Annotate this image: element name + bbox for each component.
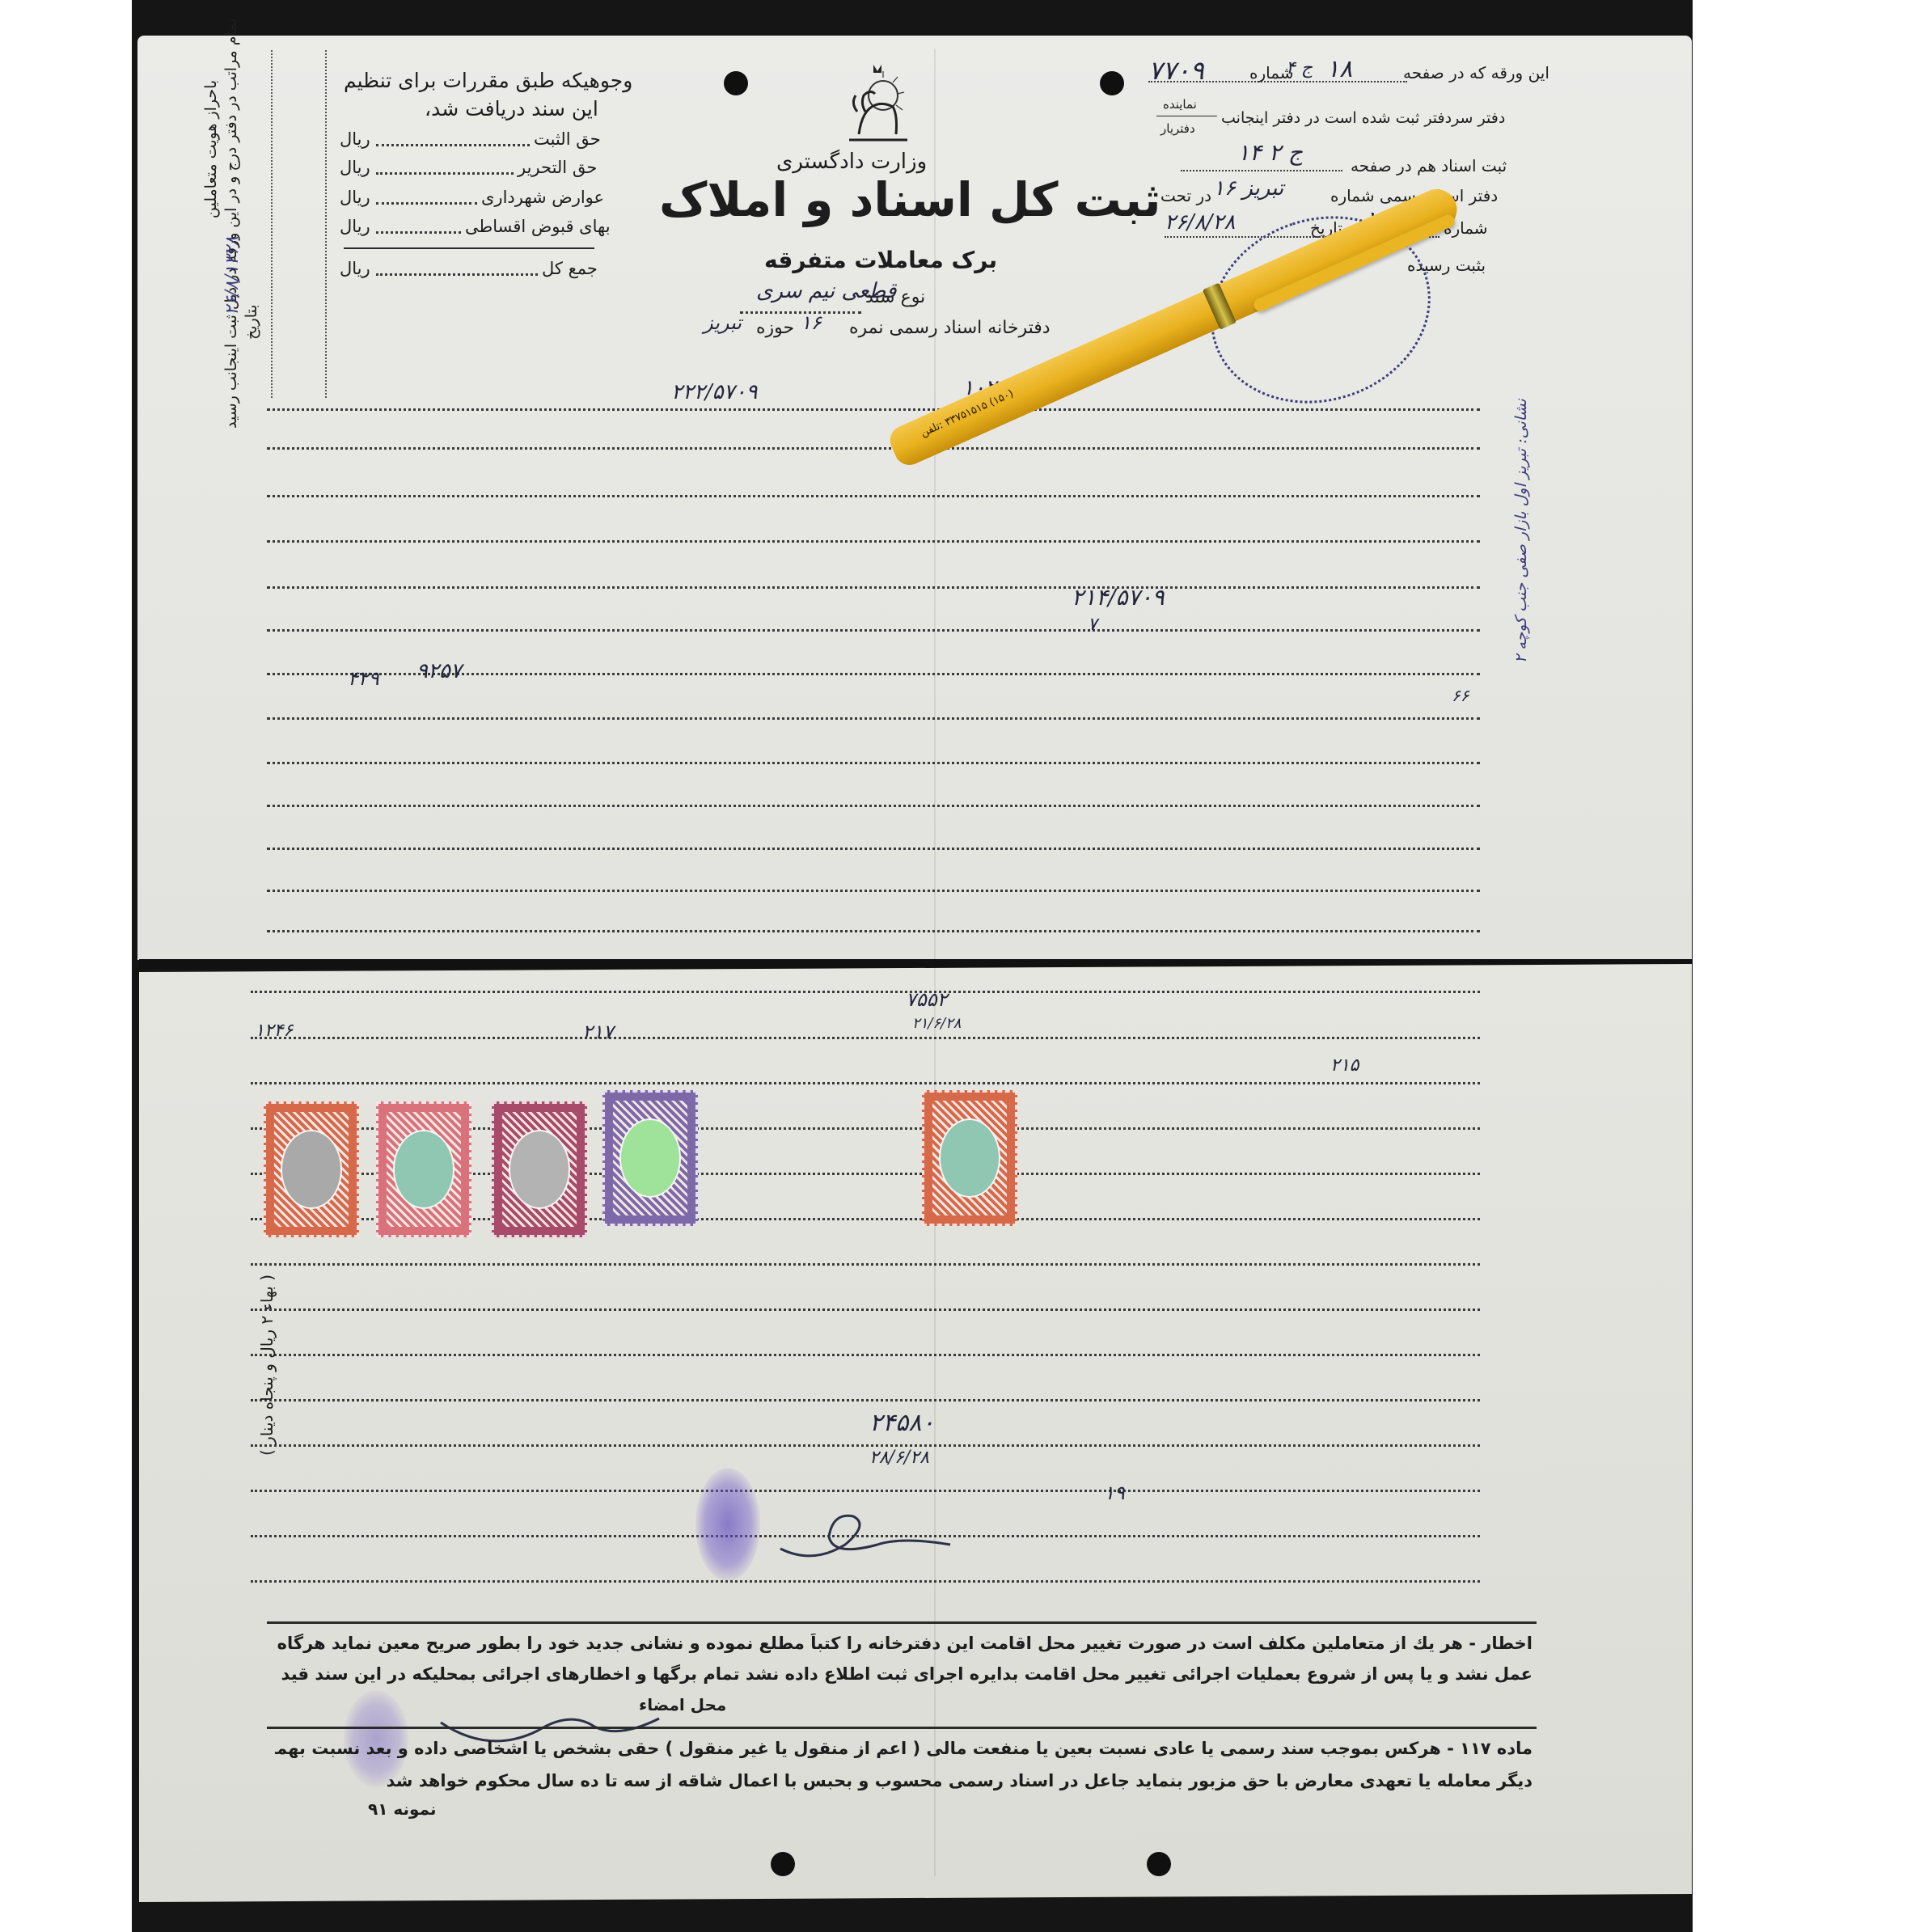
lion-and-sun-emblem-icon [841, 63, 914, 144]
margin-address-note: نشانی: تبریز اول بازار صفی جنب کوچه ۲ [1512, 399, 1530, 663]
price-note: ( بهاء ۲ ریال و پنجاه دینار ) [257, 1275, 277, 1456]
ministry-name: وزارت دادگستری [776, 150, 927, 174]
handwritten-date-1: ۲۱/۶/۲۸ [912, 1015, 961, 1032]
lion-and-sun-icon [939, 1118, 1000, 1198]
lion-and-sun-icon [509, 1130, 570, 1209]
district-label: حوزه [756, 318, 794, 338]
handwritten-date-2: ۲۸/۶/۲۸ [869, 1448, 929, 1468]
article-top-rule [267, 1727, 1537, 1729]
warning-top-rule [267, 1621, 1537, 1624]
article-line2: دیگر معامله یا تعهدی معارض با حق مزبور ب… [275, 1771, 1532, 1790]
revenue-stamp [376, 1101, 471, 1237]
handwritten-ref-1: ۲۲۲/۵۷۰۹ [671, 380, 758, 404]
signature [776, 1504, 954, 1569]
handwritten-215: ۲۱۵ [1330, 1055, 1359, 1076]
revenue-stamp [922, 1090, 1017, 1226]
office-number: ۱۶ [801, 311, 822, 334]
warning-line2: عمل نشد و یا پس از شروع بعملیات اجرائی ت… [275, 1664, 1532, 1684]
form-number: نمونه ۹۱ [368, 1799, 436, 1819]
handwritten-7552: ۷۵۵۲ [906, 988, 948, 1011]
punch-hole [1100, 71, 1124, 95]
revenue-stamp [492, 1101, 587, 1237]
office-label: دفترخانه اسناد رسمی نمره [849, 318, 1051, 338]
side-note-line2: تمام مراتب در دفتر درج و در این ورقه در … [222, 18, 240, 429]
doc-type-value: قطعی نیم سری [756, 279, 896, 303]
warning-line1: اخطار - هر یك از متعاملین مکلف است در صو… [275, 1634, 1532, 1653]
lion-and-sun-icon [393, 1130, 454, 1209]
punch-hole [724, 71, 748, 95]
side-note-date: ۲۶/۸/۱۳۲۸ [222, 236, 243, 315]
fees-box-divider [271, 50, 273, 398]
side-note-line3: بتاریخ [243, 304, 260, 340]
form-name: برک معاملات متفرقه [764, 247, 997, 273]
handwritten-plot-number: ۹۲۵۷ [416, 659, 462, 683]
fees-heading-line1: وجوهیکه طبق مقررات برای تنظیم [344, 69, 632, 92]
punch-hole [771, 1852, 795, 1876]
handwritten-ref-2: ۲۱۴/۵۷۰۹ [1072, 584, 1165, 611]
handwritten-amount-2: ۲۴۵۸۰ [869, 1409, 935, 1437]
fees-heading-line2: این سند دریافت شد، [425, 97, 598, 120]
side-note-line1: باحراز هویت متعاملین [202, 80, 220, 218]
district-value: تبریز [704, 311, 742, 334]
article-line1: ماده ۱۱۷ - هرکس بموجب سند رسمی یا عادی ن… [275, 1739, 1532, 1758]
handwritten-217: ۲۱۷ [582, 1021, 614, 1043]
document-title: ثبت کل اسناد و املاک [659, 172, 1161, 227]
signature-place-label: محل امضاء [639, 1695, 726, 1714]
fingerprint [695, 1468, 760, 1581]
fees-box-divider [325, 50, 327, 398]
revenue-stamp [602, 1090, 698, 1226]
handwritten-19: ۱۹ [1104, 1482, 1125, 1504]
handwritten-plot-sub: ۴۲۹ [348, 667, 379, 690]
fees-total-divider [344, 247, 594, 249]
lion-and-sun-icon [619, 1118, 681, 1198]
handwritten-1246: ۱۲۴۶ [255, 1021, 293, 1041]
lion-and-sun-icon [281, 1130, 342, 1209]
punch-hole [1147, 1852, 1171, 1876]
handwritten-66: ۶۶ [1452, 686, 1469, 705]
revenue-stamp [264, 1101, 359, 1237]
handwritten-ref-2-sub: ۷ [1088, 615, 1097, 635]
